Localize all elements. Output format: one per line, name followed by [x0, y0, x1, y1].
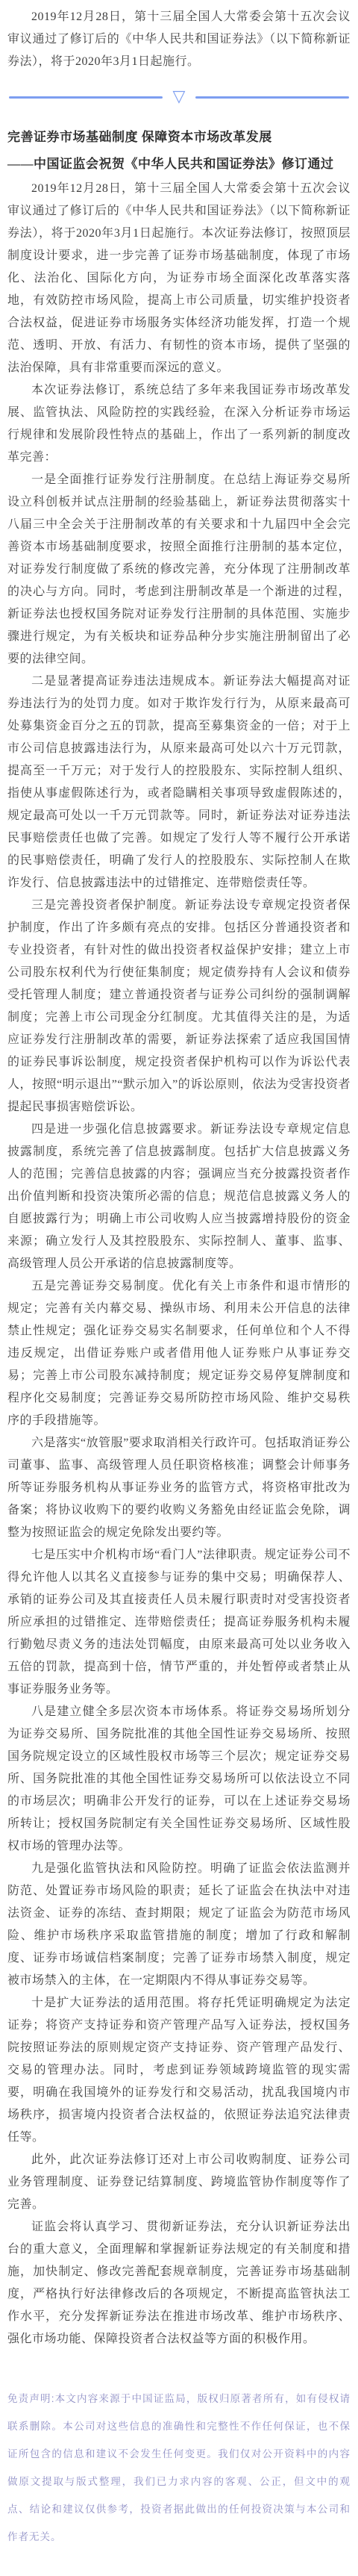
body-paragraph: 本次证券法修订，系统总结了多年来我国证券市场改革发展、监管执法、风险防控的实践经… — [7, 379, 351, 469]
body-paragraph: 四是进一步强化信息披露要求。新证券法设专章规定信息披露制度，系统完善了信息披露制… — [7, 1119, 351, 1275]
body-paragraph: 六是落实“放管服”要求取消相关行政许可。包括取消证券公司董事、监事、高级管理人员… — [7, 1432, 351, 1544]
triangle-down-icon: ▽ — [173, 89, 186, 105]
section-divider: ▽ — [9, 88, 349, 106]
body-paragraph: 九是强化监管执法和风险防控。明确了证监会依法监测并防范、处置证券市场风险的职责；… — [7, 1858, 351, 1992]
body-paragraph: 五是完善证券交易制度。优化有关上市条件和退市情形的规定；完善有关内幕交易、操纵市… — [7, 1275, 351, 1432]
article-subtitle: ——中国证监会祝贺《中华人民共和国证券法》修订通过 — [7, 151, 351, 178]
body-paragraph: 二是显著提高证券违法违规成本。新证券法大幅提高对证券违法行为的处罚力度。如对于欺… — [7, 671, 351, 895]
body-paragraph: 证监会将认真学习、贯彻新证券法，充分认识新证券法出台的重大意义，全面理解和掌握新… — [7, 2216, 351, 2351]
divider-line-left — [9, 96, 163, 99]
body-paragraph: 此外，此次证券法修订还对上市公司收购制度、证券公司业务管理制度、证券登记结算制度… — [7, 2149, 351, 2216]
body-paragraph: 三是完善投资者保护制度。新证券法设专章规定投资者保护制度，作出了许多颇有亮点的安… — [7, 895, 351, 1119]
article-title: 完善证券市场基础制度 保障资本市场改革发展 — [7, 124, 351, 151]
body-paragraph: 2019年12月28日，第十三届全国人大常委会第十五次会议审议通过了修订后的《中… — [7, 178, 351, 379]
divider-line-right — [195, 96, 349, 99]
body-paragraph: 一是全面推行证券发行注册制度。在总结上海证券交易所设立科创板并试点注册制的经验基… — [7, 469, 351, 671]
lead-paragraph: 2019年12月28日，第十三届全国人大常委会第十五次会议审议通过了修订后的《中… — [7, 6, 351, 73]
body-paragraph: 十是扩大证券法的适用范围。将存托凭证明确规定为法定证券；将资产支持证券和资产管理… — [7, 1992, 351, 2149]
body-paragraph: 七是压实中介机构市场“看门人”法律职责。规定证券公司不得允许他人以其名义直接参与… — [7, 1544, 351, 1701]
disclaimer-text: 免责声明:本文内容来源于中国证监局，版权归原著者所有，如有侵权请联系删除。本公司… — [7, 2385, 351, 2551]
body-paragraph: 八是建立健全多层次资本市场体系。将证券交易场所划分为证券交易所、国务院批准的其他… — [7, 1701, 351, 1858]
article-page: 2019年12月28日，第十三届全国人大常委会第十五次会议审议通过了修订后的《中… — [0, 0, 358, 2576]
